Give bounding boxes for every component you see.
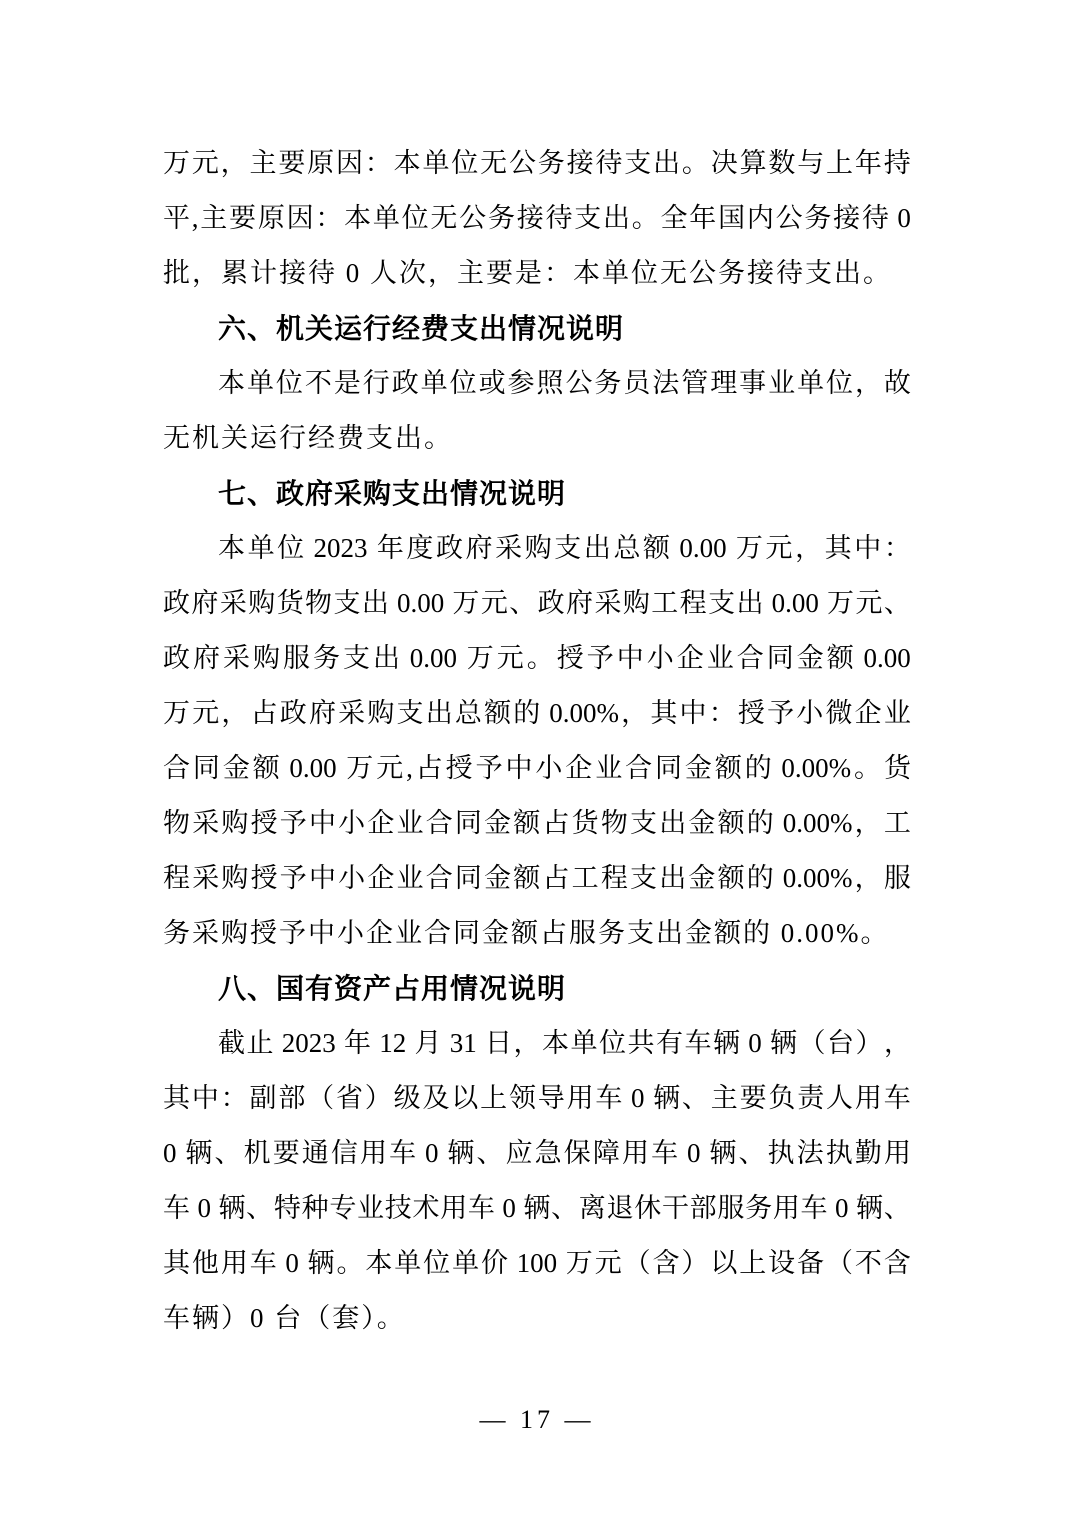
text-line: 0 辆、机要通信用车 0 辆、应急保障用车 0 辆、执法执勤用 — [163, 1126, 911, 1181]
text-line: 批，累计接待 0 人次，主要是：本单位无公务接待支出。 — [163, 246, 911, 301]
text-line: 本单位 2023 年度政府采购支出总额 0.00 万元，其中： — [163, 521, 911, 576]
document-body: 万元，主要原因：本单位无公务接待支出。决算数与上年持平,主要原因：本单位无公务接… — [163, 136, 911, 1346]
text-line: 万元，占政府采购支出总额的 0.00%，其中：授予小微企业 — [163, 686, 911, 741]
section-heading: 七、政府采购支出情况说明 — [163, 466, 911, 521]
section-heading: 六、机关运行经费支出情况说明 — [163, 301, 911, 356]
text-line: 截止 2023 年 12 月 31 日，本单位共有车辆 0 辆（台）， — [163, 1016, 911, 1071]
text-line: 平,主要原因：本单位无公务接待支出。全年国内公务接待 0 — [163, 191, 911, 246]
text-line: 程采购授予中小企业合同金额占工程支出金额的 0.00%，服 — [163, 851, 911, 906]
text-line: 其中：副部（省）级及以上领导用车 0 辆、主要负责人用车 — [163, 1071, 911, 1126]
section-heading: 八、国有资产占用情况说明 — [163, 961, 911, 1016]
text-line: 务采购授予中小企业合同金额占服务支出金额的 0.00%。 — [163, 906, 911, 961]
document-page: 万元，主要原因：本单位无公务接待支出。决算数与上年持平,主要原因：本单位无公务接… — [0, 0, 1074, 1520]
text-line: 万元，主要原因：本单位无公务接待支出。决算数与上年持 — [163, 136, 911, 191]
text-line: 其他用车 0 辆。本单位单价 100 万元（含）以上设备（不含 — [163, 1236, 911, 1291]
text-line: 物采购授予中小企业合同金额占货物支出金额的 0.00%，工 — [163, 796, 911, 851]
text-line: 无机关运行经费支出。 — [163, 411, 911, 466]
text-line: 本单位不是行政单位或参照公务员法管理事业单位，故 — [163, 356, 911, 411]
page-number: — 17 — — [480, 1405, 595, 1434]
text-line: 政府采购服务支出 0.00 万元。授予中小企业合同金额 0.00 — [163, 631, 911, 686]
page-footer: — 17 — — [0, 1400, 1074, 1440]
text-line: 车 0 辆、特种专业技术用车 0 辆、离退休干部服务用车 0 辆、 — [163, 1181, 911, 1236]
text-line: 政府采购货物支出 0.00 万元、政府采购工程支出 0.00 万元、 — [163, 576, 911, 631]
text-line: 合同金额 0.00 万元,占授予中小企业合同金额的 0.00%。货 — [163, 741, 911, 796]
text-line: 车辆）0 台（套）。 — [163, 1291, 911, 1346]
